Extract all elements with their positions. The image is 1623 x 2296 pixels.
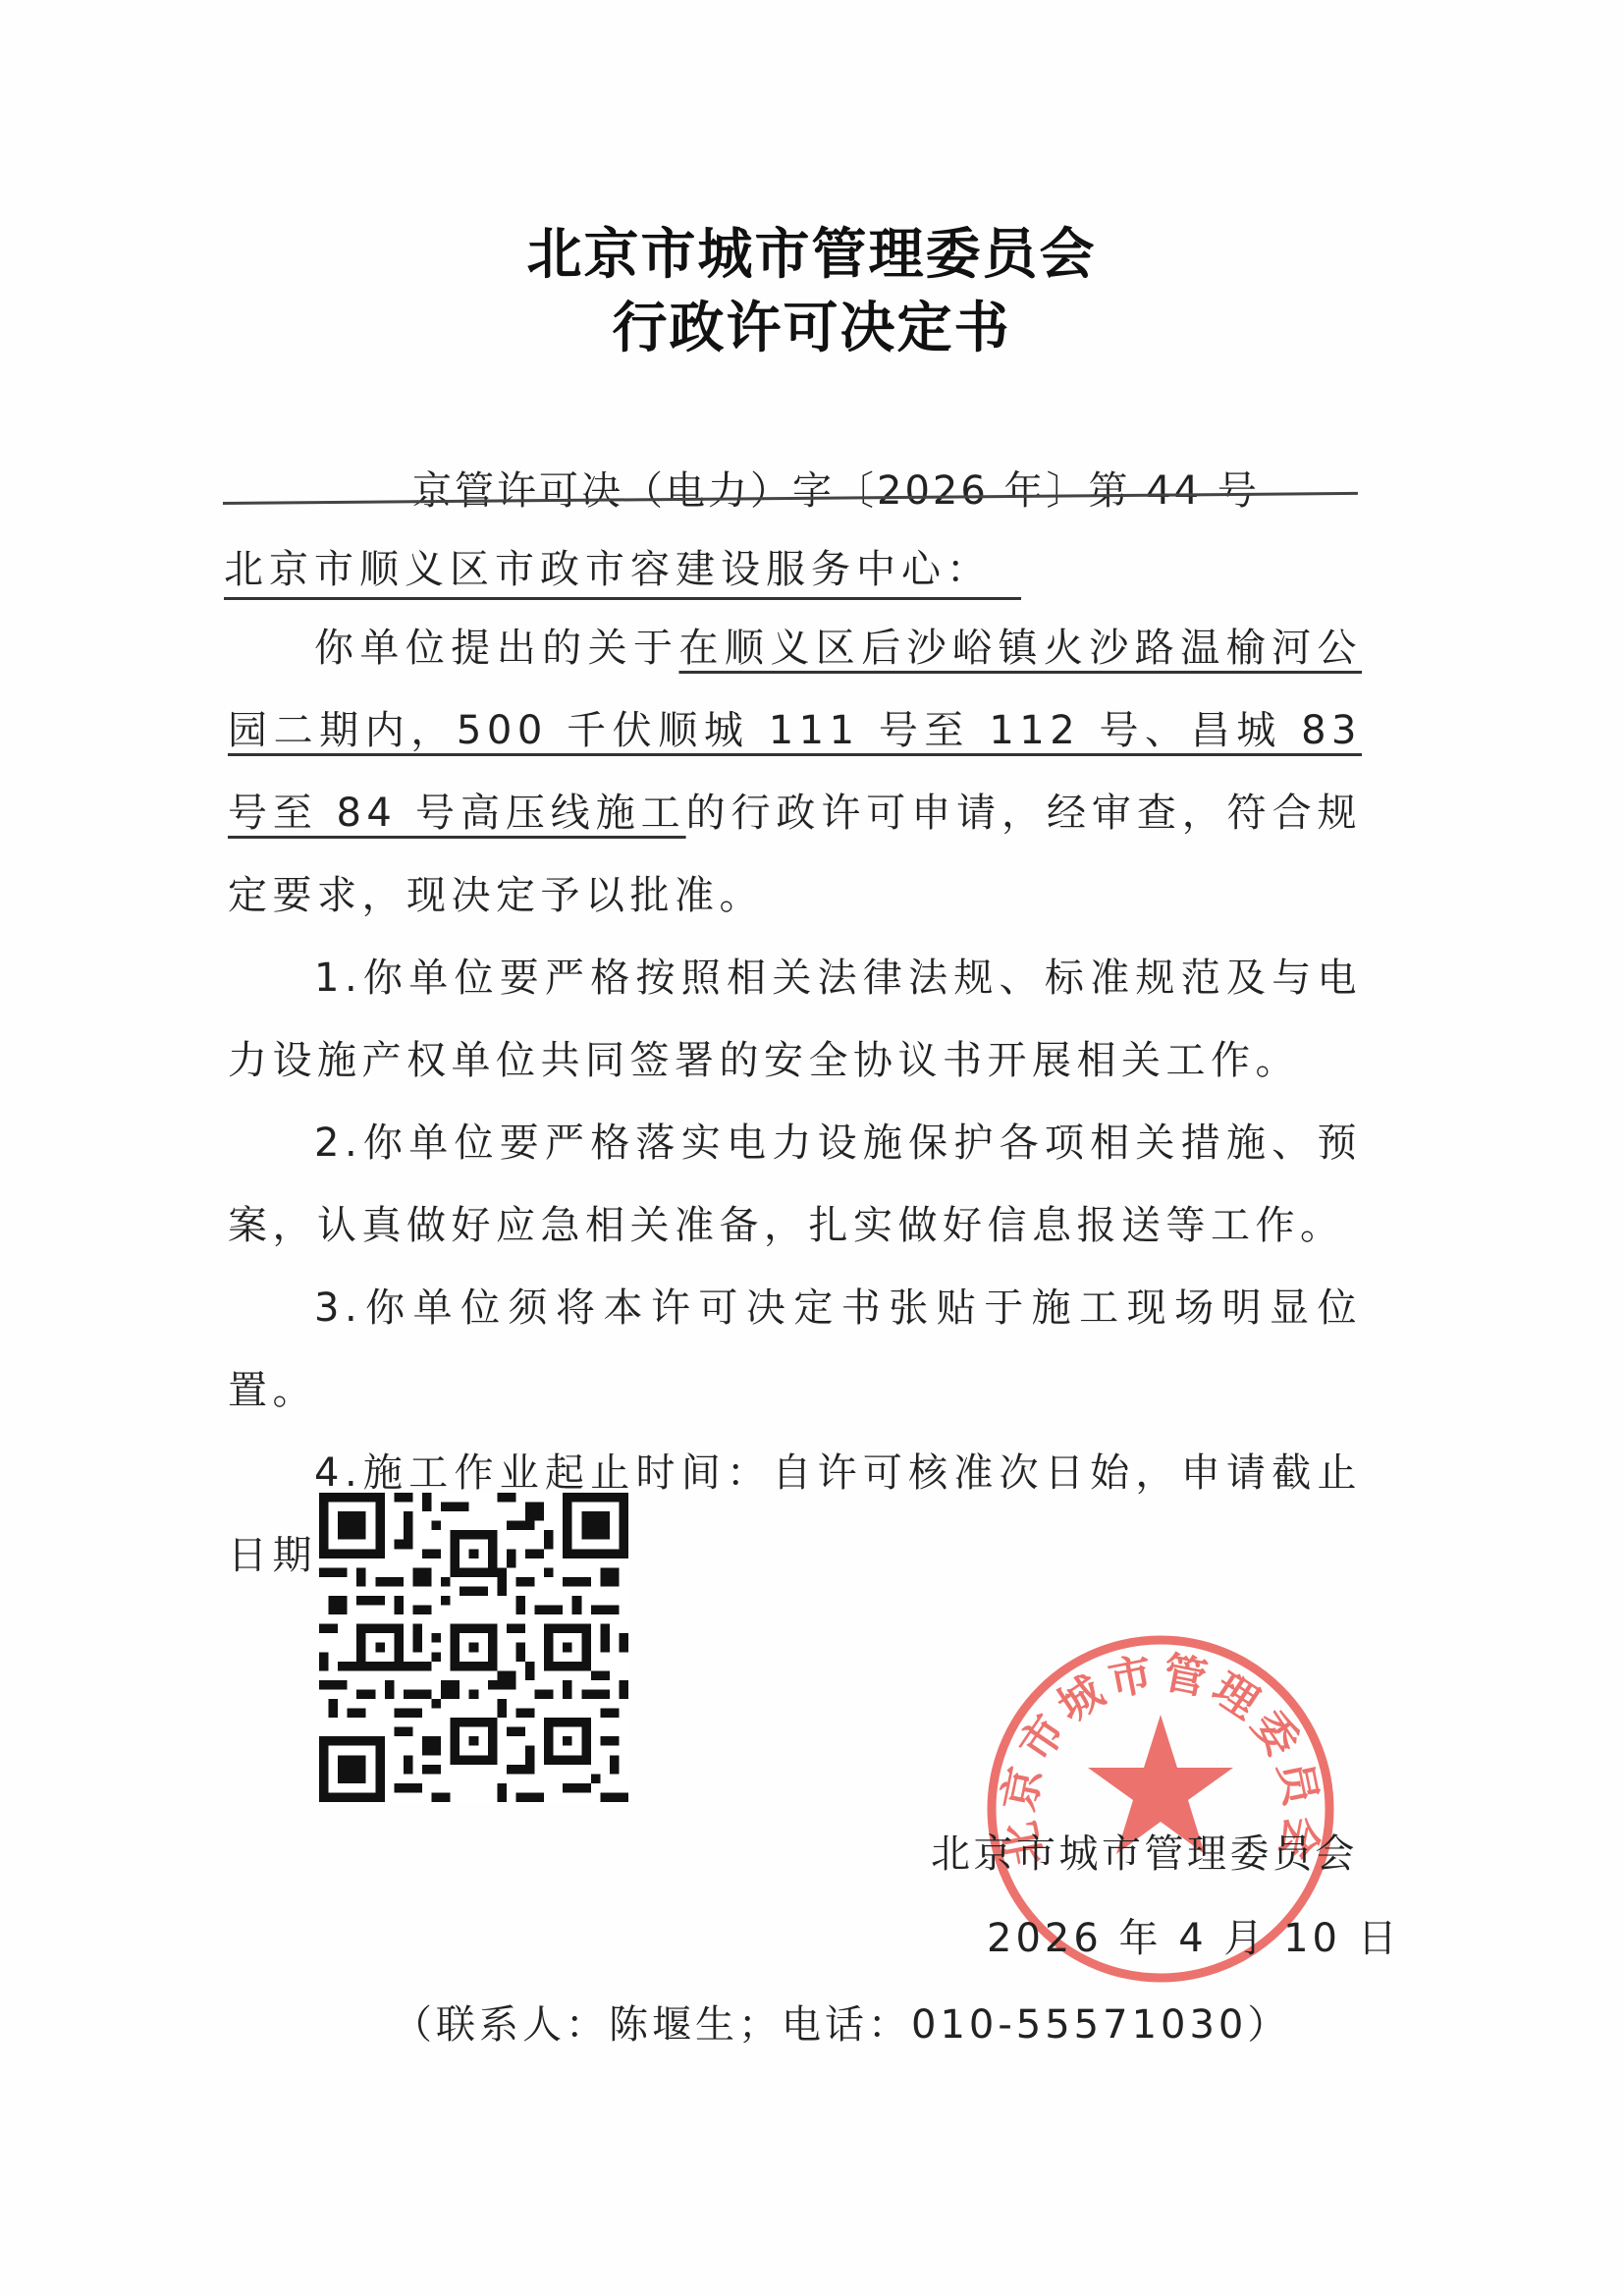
document-number: 京管许可决（电力）字〔2026 年〕第 44 号 bbox=[412, 460, 1260, 516]
addressee: 北京市顺义区市政市容建设服务中心： bbox=[224, 542, 1021, 600]
org-title: 北京市城市管理委员会 bbox=[0, 211, 1623, 290]
condition-item-1: 1.你单位要严格按照相关法律法规、标准规范及与电力设施产权单位共同签署的安全协议… bbox=[228, 937, 1362, 1102]
doc-title: 行政许可决定书 bbox=[0, 285, 1623, 363]
intro-prefix: 你单位提出的关于 bbox=[314, 626, 678, 671]
signatory-org: 北京市城市管理委员会 bbox=[931, 1823, 1358, 1879]
contact-info: （联系人：陈堰生；电话：010-55571030） bbox=[393, 1994, 1290, 2050]
intro-paragraph: 你单位提出的关于在顺义区后沙峪镇火沙路温榆河公园二期内，500 千伏顺城 111… bbox=[228, 607, 1362, 937]
condition-item-2: 2.你单位要严格落实电力设施保护各项相关措施、预案，认真做好应急相关准备，扎实做… bbox=[228, 1102, 1362, 1267]
document-page: 北京市城市管理委员会 行政许可决定书 京管许可决（电力）字〔2026 年〕第 4… bbox=[0, 0, 1623, 2296]
qr-code-icon[interactable] bbox=[319, 1493, 628, 1802]
signature-date: 2026 年 4 月 10 日 bbox=[987, 1907, 1401, 1963]
condition-item-3: 3.你单位须将本许可决定书张贴于施工现场明显位置。 bbox=[228, 1267, 1362, 1432]
document-body: 你单位提出的关于在顺义区后沙峪镇火沙路温榆河公园二期内，500 千伏顺城 111… bbox=[228, 607, 1362, 1597]
